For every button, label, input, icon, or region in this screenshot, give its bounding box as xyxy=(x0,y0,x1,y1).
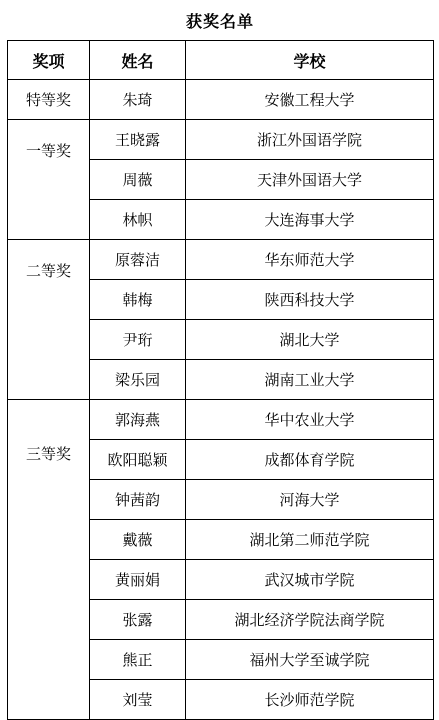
winner-name-cell: 欧阳聪颖 xyxy=(90,440,186,480)
winner-school-cell: 华东师范大学 xyxy=(186,240,434,280)
winner-name-cell: 张露 xyxy=(90,600,186,640)
winner-name-cell: 尹珩 xyxy=(90,320,186,360)
winner-school-cell: 长沙师范学院 xyxy=(186,680,434,720)
winner-school-cell: 安徽工程大学 xyxy=(186,80,434,120)
header-name: 姓名 xyxy=(90,41,186,80)
winner-school-cell: 福州大学至诚学院 xyxy=(186,640,434,680)
winner-name-cell: 林帜 xyxy=(90,200,186,240)
table-row: 二等奖原蓉洁华东师范大学 xyxy=(8,240,434,280)
header-school: 学校 xyxy=(186,41,434,80)
page: 获奖名单 奖项 姓名 学校 特等奖朱琦安徽工程大学一等奖王晓露浙江外国语学院周薇… xyxy=(7,0,433,720)
winner-name-cell: 黄丽娟 xyxy=(90,560,186,600)
winner-name-cell: 刘莹 xyxy=(90,680,186,720)
award-cell: 三等奖 xyxy=(8,400,90,720)
winner-school-cell: 陕西科技大学 xyxy=(186,280,434,320)
winner-school-cell: 武汉城市学院 xyxy=(186,560,434,600)
winner-name-cell: 韩梅 xyxy=(90,280,186,320)
award-cell: 二等奖 xyxy=(8,240,90,400)
winner-school-cell: 湖北大学 xyxy=(186,320,434,360)
table-row: 特等奖朱琦安徽工程大学 xyxy=(8,80,434,120)
winner-school-cell: 湖南工业大学 xyxy=(186,360,434,400)
table-row: 三等奖郭海燕华中农业大学 xyxy=(8,400,434,440)
winner-school-cell: 大连海事大学 xyxy=(186,200,434,240)
winner-school-cell: 湖北第二师范学院 xyxy=(186,520,434,560)
winner-school-cell: 成都体育学院 xyxy=(186,440,434,480)
header-row: 奖项 姓名 学校 xyxy=(8,41,434,80)
winner-name-cell: 梁乐园 xyxy=(90,360,186,400)
winner-name-cell: 郭海燕 xyxy=(90,400,186,440)
award-table: 奖项 姓名 学校 特等奖朱琦安徽工程大学一等奖王晓露浙江外国语学院周薇天津外国语… xyxy=(7,40,434,720)
winner-name-cell: 熊正 xyxy=(90,640,186,680)
award-cell: 特等奖 xyxy=(8,80,90,120)
winner-school-cell: 河海大学 xyxy=(186,480,434,520)
header-award: 奖项 xyxy=(8,41,90,80)
winner-name-cell: 钟茜韵 xyxy=(90,480,186,520)
winner-school-cell: 浙江外国语学院 xyxy=(186,120,434,160)
award-cell: 一等奖 xyxy=(8,120,90,240)
winner-name-cell: 周薇 xyxy=(90,160,186,200)
winner-name-cell: 朱琦 xyxy=(90,80,186,120)
winner-school-cell: 湖北经济学院法商学院 xyxy=(186,600,434,640)
award-table-header: 奖项 姓名 学校 xyxy=(8,41,434,80)
winner-school-cell: 华中农业大学 xyxy=(186,400,434,440)
winner-name-cell: 王晓露 xyxy=(90,120,186,160)
page-title: 获奖名单 xyxy=(7,0,433,40)
winner-school-cell: 天津外国语大学 xyxy=(186,160,434,200)
winner-name-cell: 原蓉洁 xyxy=(90,240,186,280)
winner-name-cell: 戴薇 xyxy=(90,520,186,560)
award-table-body: 特等奖朱琦安徽工程大学一等奖王晓露浙江外国语学院周薇天津外国语大学林帜大连海事大… xyxy=(8,80,434,720)
table-row: 一等奖王晓露浙江外国语学院 xyxy=(8,120,434,160)
